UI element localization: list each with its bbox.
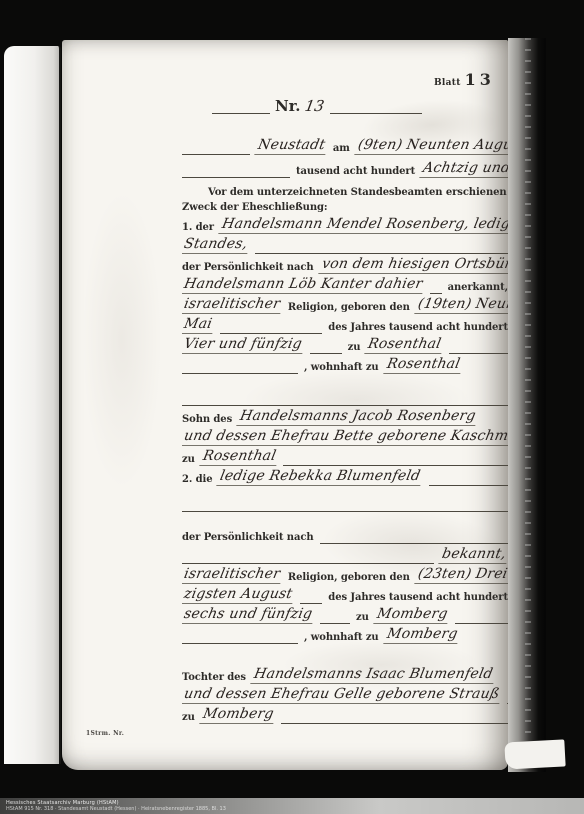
handwritten-entry: sechs und fünfzig <box>182 606 316 624</box>
printed-form-text: Zweck der Eheschließung: <box>182 201 328 214</box>
line-bride-2: der Persönlichkeit nach <box>182 524 508 544</box>
ruled-line <box>283 455 508 466</box>
handwritten-entry: von dem hiesigen Ortsbürger und <box>318 256 508 274</box>
line-groom-11: zuRosenthal <box>182 446 508 466</box>
printed-form-text: Vor dem unterzeichneten Standesbeamten e… <box>208 186 508 199</box>
ruled-line <box>320 613 350 624</box>
handwritten-entry: israelitischer <box>182 566 284 584</box>
registry-form-page: Blatt13 Nr. 13 Neustadtam(9ten) Neunten … <box>62 40 508 770</box>
handwritten-entry: bekannt, <box>438 546 508 564</box>
ruled-line <box>300 593 322 604</box>
handwritten-entry: Rosenthal <box>383 356 463 374</box>
handwritten-entry: und dessen Ehefrau Gelle geborene Strauß <box>182 686 503 704</box>
printed-form-text: tausend acht hundert <box>296 165 415 178</box>
line-year: tausend acht hundertAchtzig und fünf <box>182 155 508 178</box>
handwritten-entry: Mai <box>182 316 216 334</box>
handwritten-entry: Achtzig und fünf <box>419 160 508 178</box>
ruled-line <box>330 101 422 114</box>
handwritten-entry: und dessen Ehefrau Bette geborene Kaschm… <box>182 428 508 446</box>
record-number-label: Nr. <box>275 98 300 114</box>
handwritten-entry: ledige Rebekka Blumenfeld <box>217 468 425 486</box>
ruled-line <box>449 343 508 354</box>
ruled-line <box>281 713 508 724</box>
sheet-number-value: 13 <box>465 70 495 89</box>
ruled-line <box>182 395 508 406</box>
printed-form-text: , wohnhaft zu <box>304 631 379 644</box>
handwritten-entry: zigsten August <box>182 586 296 604</box>
ruled-line <box>429 475 509 486</box>
line-groom-4: Handelsmann Löb Kanter dahieranerkannt, <box>182 274 508 294</box>
ruled-line <box>182 633 298 644</box>
printed-form-text: der Persönlichkeit nach <box>182 531 314 544</box>
printed-form-text: anerkannt, <box>448 281 508 294</box>
line-intro-2: Zweck der Eheschließung: <box>182 199 508 214</box>
handwritten-entry: (9ten) Neunten August <box>354 137 508 155</box>
line-groom-7: Vier und fünfzigzuRosenthal <box>182 334 508 354</box>
form-lines: Neustadtam(9ten) Neunten Augusttausend a… <box>182 132 508 724</box>
printed-form-text: Religion, geboren den <box>288 301 410 314</box>
record-number-value: 13 <box>304 98 326 114</box>
line-intro-1: Vor dem unterzeichneten Standesbeamten e… <box>182 184 508 199</box>
handwritten-entry: Vier und fünfzig <box>182 336 305 354</box>
printed-form-text: zu <box>348 341 361 354</box>
archive-watermark-bar: Hessisches Staatsarchiv Marburg (HStAM) … <box>0 798 584 814</box>
ink-bleedthrough-smudge <box>82 190 162 490</box>
ruled-line <box>310 343 342 354</box>
line-bride-9: und dessen Ehefrau Gelle geborene Strauß… <box>182 684 508 704</box>
ruled-line <box>320 533 508 544</box>
line-groom-9: Sohn desHandelsmanns Jacob Rosenberg <box>182 406 508 426</box>
handwritten-entry: Handelsmann Mendel Rosenberg, lediger <box>218 216 508 234</box>
adjacent-page-edge <box>4 46 61 764</box>
printed-form-text: zu <box>182 453 195 466</box>
form-footer-note: 1Strm. Nr. <box>86 730 124 737</box>
ruled-line <box>182 363 298 374</box>
ruled-line <box>182 167 290 178</box>
printed-form-text: des Jahres tausend acht hundert <box>328 321 508 334</box>
ruled-line <box>182 144 250 155</box>
handwritten-entry: Standes, <box>182 236 251 254</box>
line-groom-5: israelitischerReligion, geboren den(19te… <box>182 294 508 314</box>
line-bride-3: bekannt, <box>182 544 508 564</box>
printed-form-text: zu <box>182 711 195 724</box>
line-groom-2: Standes, <box>182 234 508 254</box>
handwritten-entry: Rosenthal <box>199 448 279 466</box>
handwritten-entry: Momberg <box>199 706 277 724</box>
printed-form-text: Sohn des <box>182 413 232 426</box>
ruled-line <box>182 501 508 512</box>
ruled-line <box>455 613 508 624</box>
printed-form-text: des Jahres tausend acht hundert <box>328 591 508 604</box>
line-groom-10: und dessen Ehefrau Bette geborene Kaschm… <box>182 426 508 446</box>
sheet-number: Blatt13 <box>434 70 495 89</box>
book-gutter-edge <box>508 38 546 772</box>
printed-form-text: 2. die <box>182 473 212 486</box>
line-groom-1: 1. derHandelsmann Mendel Rosenberg, ledi… <box>182 214 508 234</box>
line-bride-1: 2. dieledige Rebekka Blumenfeld <box>182 466 508 486</box>
ruled-line <box>182 553 434 564</box>
line-blank-2 <box>182 492 508 512</box>
line-groom-6: Maides Jahres tausend acht hundert <box>182 314 508 334</box>
ruled-line <box>212 101 270 114</box>
handwritten-entry: (23ten) Drei und zwan- <box>414 566 508 584</box>
line-bride-4: israelitischerReligion, geboren den(23te… <box>182 564 508 584</box>
printed-form-text: Religion, geboren den <box>288 571 410 584</box>
printed-form-text: zu <box>356 611 369 624</box>
printed-form-text: 1. der <box>182 221 214 234</box>
line-bride-6: sechs und fünfzigzuMomberg <box>182 604 508 624</box>
ruled-line <box>255 243 508 254</box>
handwritten-entry: (19ten) Neunzehnten <box>414 296 508 314</box>
handwritten-entry: Neustadt <box>254 137 328 155</box>
line-groom-8: , wohnhaft zuRosenthal <box>182 354 508 374</box>
ruled-line <box>430 283 441 294</box>
printed-form-text: der Persönlichkeit nach <box>182 261 314 274</box>
sheet-label: Blatt <box>434 78 461 88</box>
printed-form-text: am <box>333 142 350 155</box>
record-number-line: Nr. 13 <box>212 98 422 114</box>
line-groom-3: der Persönlichkeit nachvon dem hiesigen … <box>182 254 508 274</box>
handwritten-entry: Momberg <box>373 606 451 624</box>
handwritten-entry: Handelsmann Löb Kanter dahier <box>182 276 426 294</box>
next-page-corner <box>504 739 565 769</box>
printed-form-text: , wohnhaft zu <box>304 361 379 374</box>
line-bride-8: Tochter desHandelsmanns Isaac Blumenfeld <box>182 664 508 684</box>
handwritten-entry: Momberg <box>383 626 461 644</box>
archive-reference-text: HStAM 915 Nr. 318 · Standesamt Neustadt … <box>6 806 584 812</box>
handwritten-entry: israelitischer <box>182 296 284 314</box>
line-place-date: Neustadtam(9ten) Neunten August <box>182 132 508 155</box>
line-bride-10: zuMomberg <box>182 704 508 724</box>
line-blank-1 <box>182 386 508 406</box>
handwritten-entry: Handelsmanns Jacob Rosenberg <box>236 408 479 426</box>
ruled-line <box>220 323 323 334</box>
line-bride-5: zigsten Augustdes Jahres tausend acht hu… <box>182 584 508 604</box>
line-bride-7: , wohnhaft zuMomberg <box>182 624 508 644</box>
handwritten-entry: Rosenthal <box>365 336 445 354</box>
handwritten-entry: Handelsmanns Isaac Blumenfeld <box>250 666 496 684</box>
printed-form-text: Tochter des <box>182 671 246 684</box>
